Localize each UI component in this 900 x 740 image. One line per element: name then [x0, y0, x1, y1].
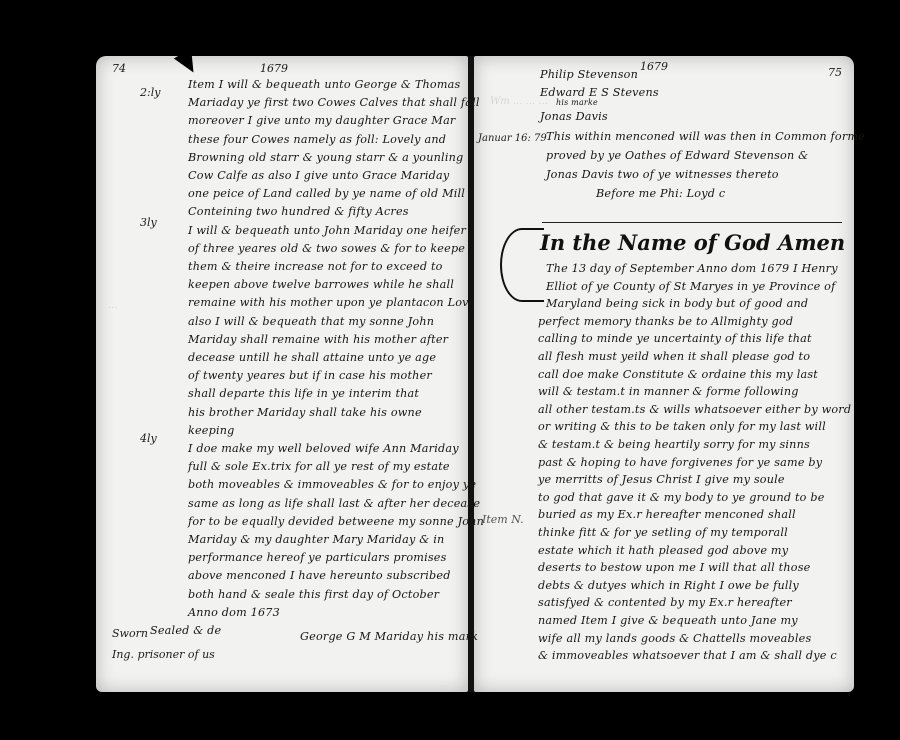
manuscript-line: both hand & seale this first day of Octo…	[188, 588, 439, 601]
manuscript-line: to god that gave it & my body to ye grou…	[538, 491, 825, 504]
manuscript-line: shall departe this life in ye interim th…	[188, 387, 419, 400]
section-divider	[542, 222, 842, 223]
right-year-header: 1679	[640, 60, 668, 73]
manuscript-line: both moveables & immoveables & for to en…	[188, 478, 476, 491]
probate-line: Before me Phi: Loyd c	[596, 187, 725, 200]
manuscript-line: Maryland being sick in body but of good …	[546, 297, 808, 310]
manuscript-line: Elliot of ye County of St Maryes in ye P…	[546, 280, 835, 293]
manuscript-line: The 13 day of September Anno dom 1679 I …	[546, 262, 838, 275]
margin-note: Item N.	[482, 513, 524, 526]
manuscript-line: decease untill he shall attaine unto ye …	[188, 351, 436, 364]
probate-line: Jonas Davis two of ye witnesses thereto	[546, 168, 779, 181]
probate-line: This within menconed will was then in Co…	[546, 130, 865, 143]
manuscript-line: above menconed I have hereunto subscribe…	[188, 569, 451, 582]
manuscript-line: past & hoping to have forgivenes for ye …	[538, 456, 822, 469]
manuscript-line: George G M Mariday his mark	[300, 630, 478, 643]
manuscript-line: Mariaday ye first two Cowes Calves that …	[188, 96, 480, 109]
manuscript-line: & testam.t & being heartily sorry for my…	[538, 438, 810, 451]
manuscript-line: performance hereof ye particulars promis…	[188, 551, 447, 564]
margin-note: 4ly	[140, 432, 157, 445]
witness-name: Philip Stevenson	[540, 68, 638, 81]
initial-flourish	[500, 228, 544, 302]
manuscript-line: Sealed & de	[150, 624, 221, 637]
manuscript-line: I doe make my well beloved wife Ann Mari…	[188, 442, 459, 455]
manuscript-line: Browning old starr & young starr & a you…	[188, 151, 463, 164]
manuscript-line: perfect memory thanks be to Allmighty go…	[538, 315, 793, 328]
manuscript-line: I will & bequeath unto John Mariday one …	[188, 224, 466, 237]
left-year-header: 1679	[260, 62, 288, 75]
probate-line: proved by ye Oathes of Edward Stevenson …	[546, 149, 808, 162]
manuscript-line: deserts to bestow upon me I will that al…	[538, 561, 810, 574]
manuscript-line: wife all my lands goods & Chattells move…	[538, 632, 811, 645]
margin-note: 3ly	[140, 216, 157, 229]
left-page-number: 74	[112, 62, 126, 75]
manuscript-line: all other testam.ts & wills whatsoever e…	[538, 403, 851, 416]
manuscript-line: Item I will & bequeath unto George & Tho…	[188, 78, 460, 91]
manuscript-line: full & sole Ex.trix for all ye rest of m…	[188, 460, 450, 473]
bleed-through-text: ...	[108, 300, 118, 311]
witness-name: his marke	[556, 98, 598, 107]
witness-name: Jonas Davis	[540, 110, 608, 123]
right-page-number: 75	[828, 66, 842, 79]
margin-note: 2:ly	[140, 86, 160, 99]
margin-note: Sworn	[112, 627, 148, 640]
manuscript-line: keeping	[188, 424, 235, 437]
will-heading: In the Name of God Amen	[540, 230, 845, 255]
manuscript-line: thinke fitt & for ye setling of my tempo…	[538, 526, 788, 539]
manuscript-line: his brother Mariday shall take his owne	[188, 406, 422, 419]
manuscript-line: keepen above twelve barrowes while he sh…	[188, 278, 454, 291]
manuscript-line: debts & dutyes which in Right I owe be f…	[538, 579, 799, 592]
manuscript-line: moreover I give unto my daughter Grace M…	[188, 114, 455, 127]
manuscript-line: will & testam.t in manner & forme follow…	[538, 385, 799, 398]
manuscript-line: one peice of Land called by ye name of o…	[188, 187, 465, 200]
manuscript-line: ye merritts of Jesus Christ I give my so…	[538, 473, 785, 486]
manuscript-line: also I will & bequeath that my sonne Joh…	[188, 315, 434, 328]
manuscript-line: call doe make Constitute & ordaine this …	[538, 368, 818, 381]
manuscript-line: for to be equally devided betweene my so…	[188, 515, 484, 528]
manuscript-line: remaine with his mother upon ye plantaco…	[188, 296, 469, 309]
manuscript-line: buried as my Ex.r hereafter menconed sha…	[538, 508, 796, 521]
manuscript-line: calling to minde ye uncertainty of this …	[538, 332, 812, 345]
manuscript-line: Conteining two hundred & fifty Acres	[188, 205, 409, 218]
manuscript-line: Mariday & my daughter Mary Mariday & in	[188, 533, 444, 546]
manuscript-line: Anno dom 1673	[188, 606, 280, 619]
manuscript-line: Cow Calfe as also I give unto Grace Mari…	[188, 169, 449, 182]
manuscript-line: of twenty yeares but if in case his moth…	[188, 369, 432, 382]
manuscript-line: & immoveables whatsoever that I am & sha…	[538, 649, 837, 662]
manuscript-line: satisfyed & contented by my Ex.r hereaft…	[538, 596, 792, 609]
probate-margin-note: Januar 16: 79	[478, 133, 547, 144]
manuscript-line: of three yeares old & two sowes & for to…	[188, 242, 465, 255]
manuscript-line: same as long as life shall last & after …	[188, 497, 480, 510]
book-gutter	[468, 56, 474, 692]
manuscript-line: or writing & this to be taken only for m…	[538, 420, 826, 433]
manuscript-line: them & theire increase not for to exceed…	[188, 260, 443, 273]
manuscript-line: named Item I give & bequeath unto Jane m…	[538, 614, 798, 627]
manuscript-line: estate which it hath pleased god above m…	[538, 544, 788, 557]
manuscript-line: all flesh must yeild when it shall pleas…	[538, 350, 810, 363]
manuscript-line: Mariday shall remaine with his mother af…	[188, 333, 448, 346]
margin-note: Ing. prisoner of us	[112, 648, 215, 661]
manuscript-line: these four Cowes namely as foll: Lovely …	[188, 133, 446, 146]
